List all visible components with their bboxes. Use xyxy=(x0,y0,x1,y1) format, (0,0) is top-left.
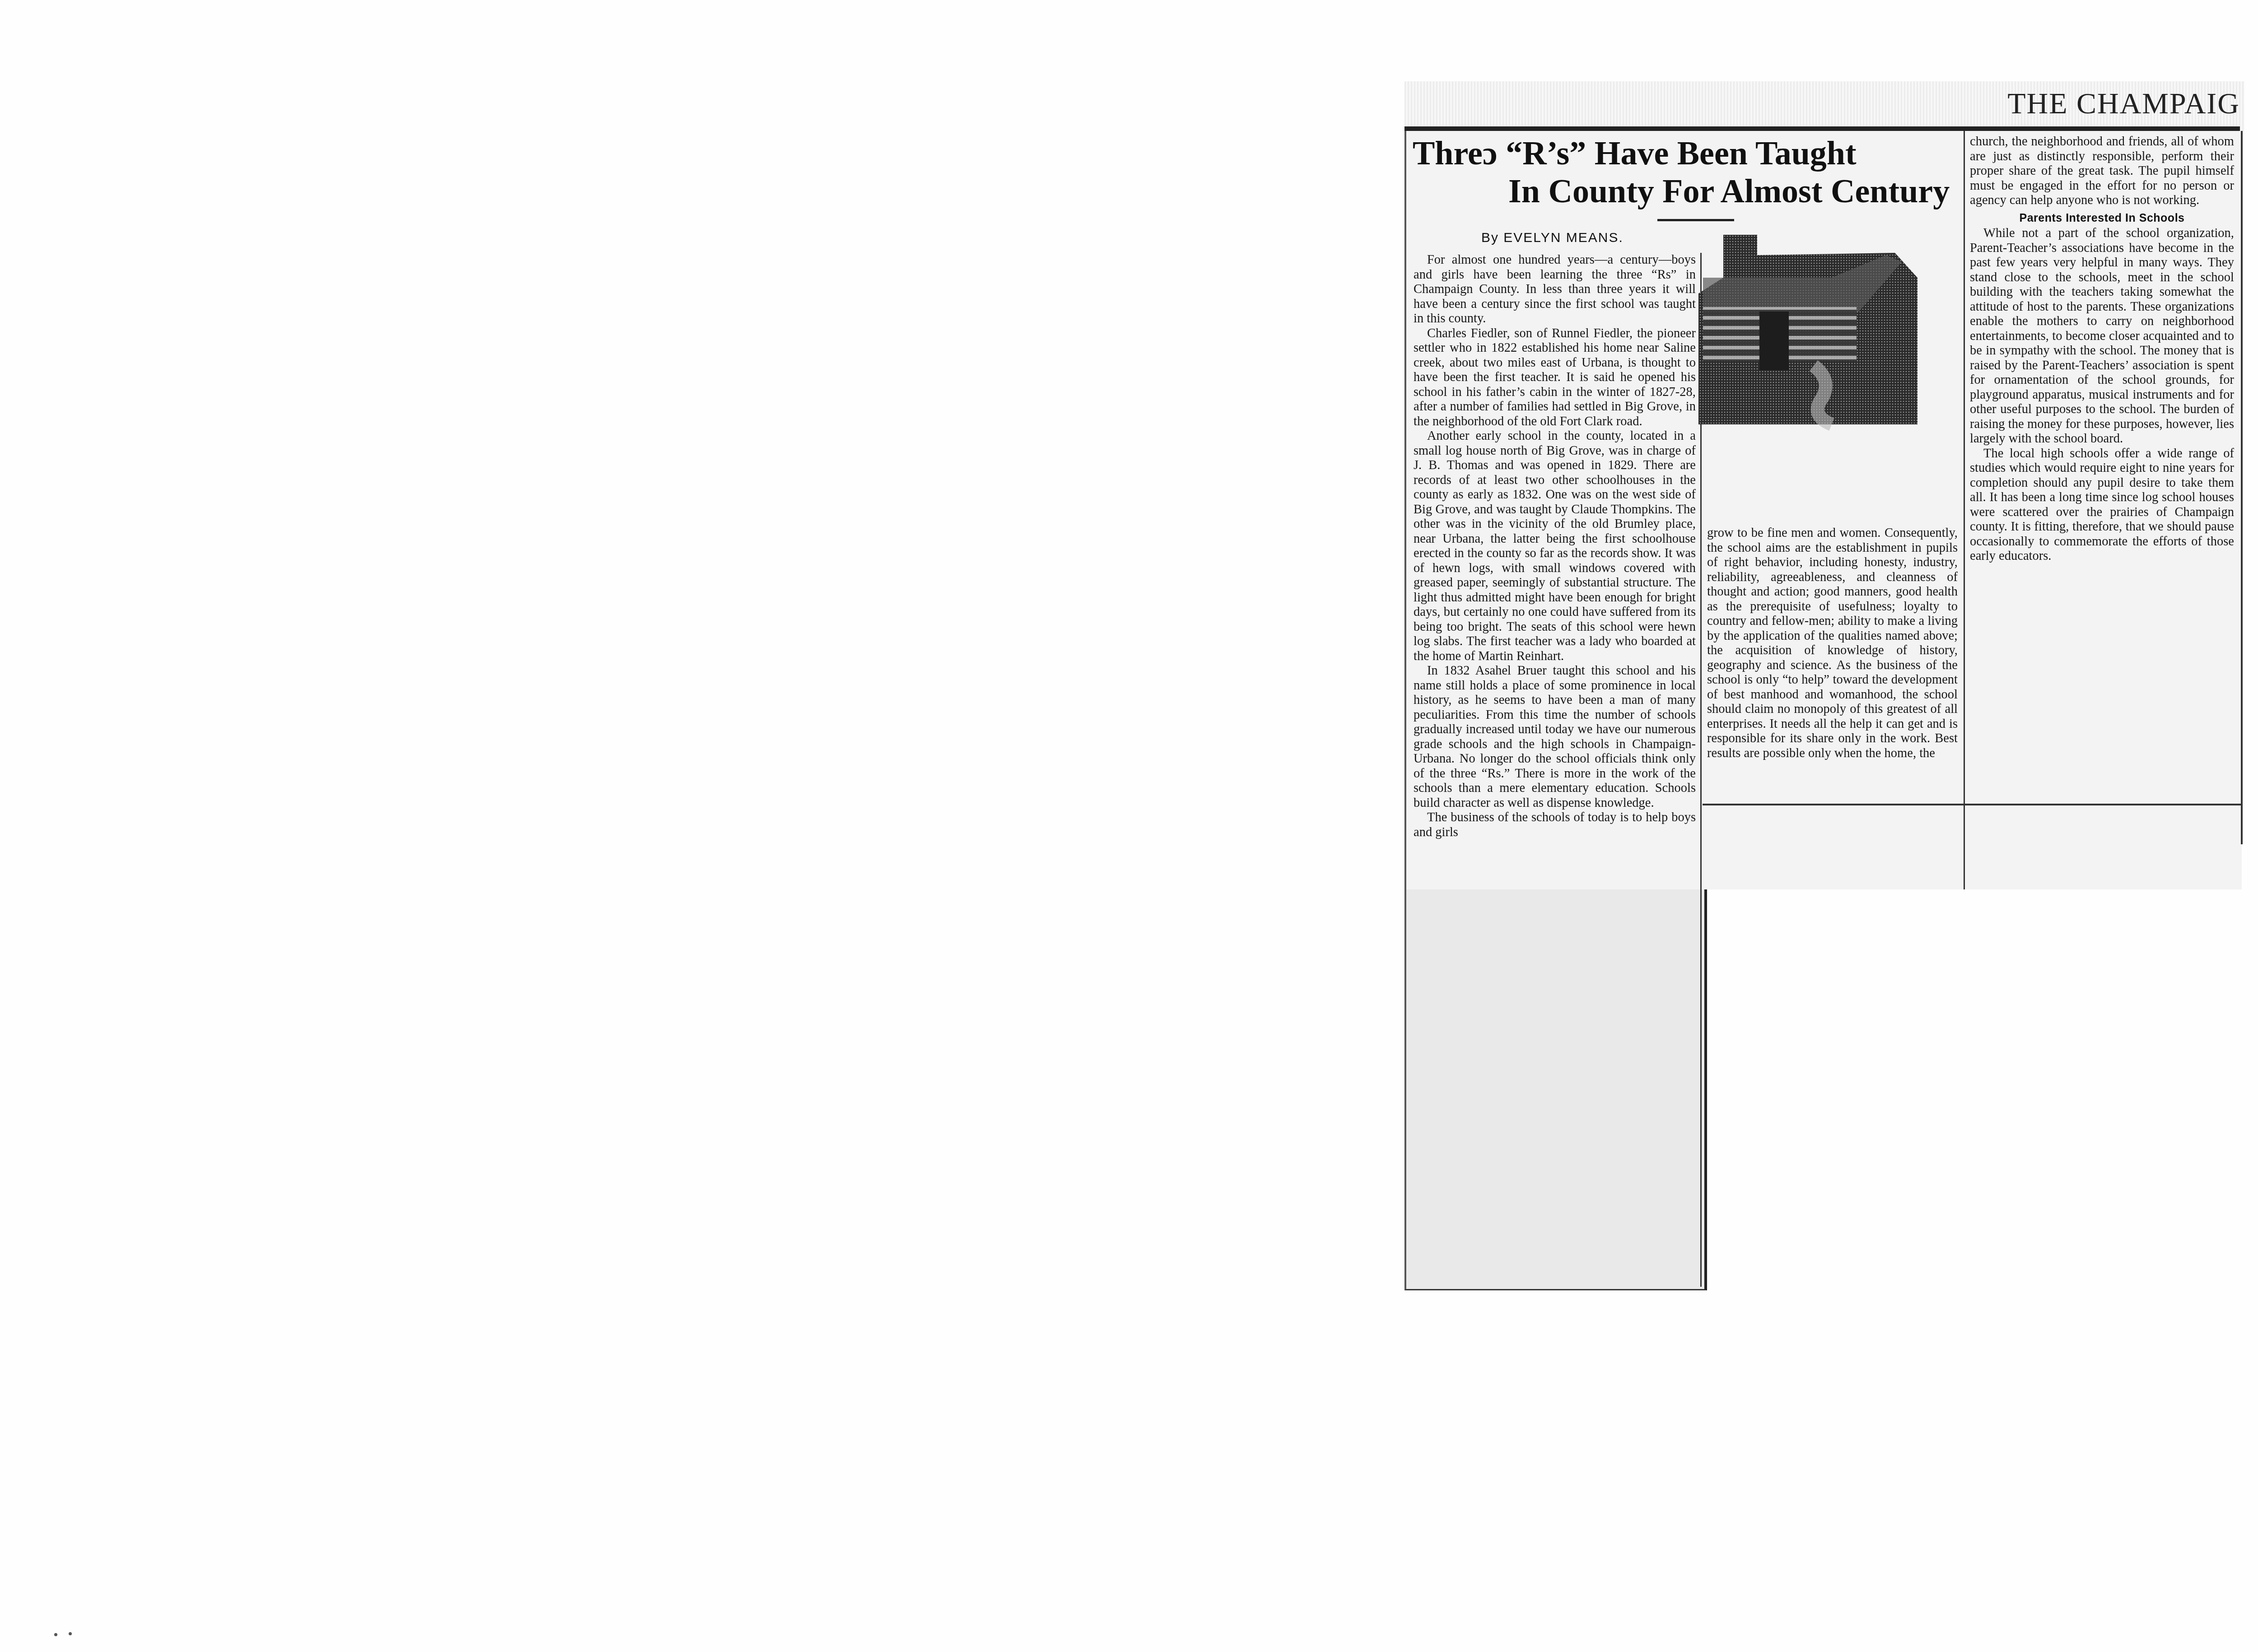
article-headline: Threɔ “R’s” Have Been Taught In County F… xyxy=(1413,135,2009,210)
paragraph: The business of the schools of today is … xyxy=(1414,810,1696,840)
headline-rule xyxy=(1657,219,1734,221)
section-subhead: Parents Interested In Schools xyxy=(1970,211,2234,226)
paragraph: Another early school in the county, loca… xyxy=(1414,429,1696,664)
speck xyxy=(54,1633,57,1636)
paragraph: Charles Fiedler, son of Runnel Fiedler, … xyxy=(1414,326,1696,429)
columns-bottom-rule xyxy=(1703,804,2242,805)
log-cabin-photo xyxy=(1696,235,1927,433)
article-column-1: For almost one hundred years—a century—b… xyxy=(1414,253,1696,840)
paragraph: church, the neighborhood and friends, al… xyxy=(1970,135,2234,208)
column1-tail-background xyxy=(1404,889,1707,1290)
paragraph: grow to be fine men and women. Consequen… xyxy=(1707,526,1958,761)
headline-line-1: Threɔ “R’s” Have Been Taught xyxy=(1413,135,2009,172)
paragraph: For almost one hundred years—a century—b… xyxy=(1414,253,1696,326)
masthead: THE CHAMPAIG xyxy=(2007,87,2240,121)
paragraph: In 1832 Asahel Bruer taught this school … xyxy=(1414,664,1696,810)
column-divider-2 xyxy=(1964,131,1965,889)
dust-specks xyxy=(54,1632,81,1637)
speck xyxy=(69,1632,72,1635)
paragraph: While not a part of the school organizat… xyxy=(1970,226,2234,447)
headline-line-2: In County For Almost Century xyxy=(1413,172,2009,210)
log-cabin-image xyxy=(1696,235,1927,433)
article-column-2: grow to be fine men and women. Consequen… xyxy=(1707,526,1958,761)
article-column-3: church, the neighborhood and friends, al… xyxy=(1970,135,2234,564)
paragraph: The local high schools offer a wide rang… xyxy=(1970,447,2234,564)
masthead-rule xyxy=(1404,126,2240,131)
byline: By EVELYN MEANS. xyxy=(1481,230,1624,246)
